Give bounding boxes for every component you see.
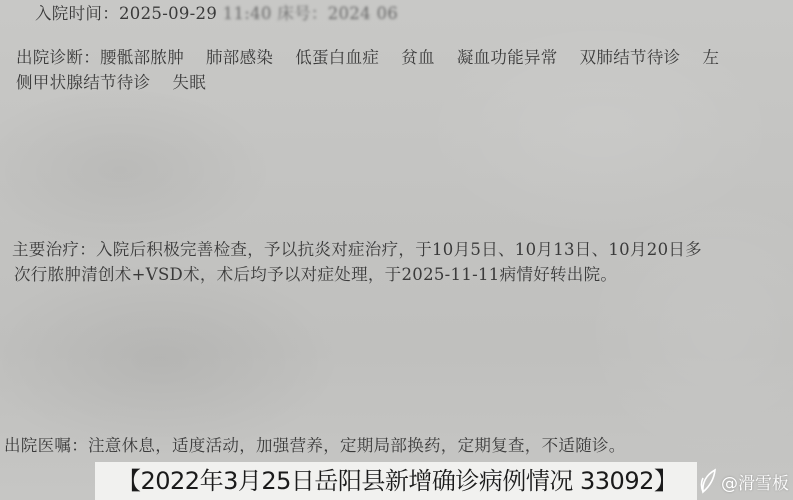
admission-time-redacted: 11:40 <box>223 4 272 23</box>
diagnosis-item-wrap-start: 左 <box>702 48 719 67</box>
caption-text: 【2022年3月25日岳阳县新增确诊病例情况 33092】 <box>117 467 677 495</box>
admission-line: 入院时间：2025-09-29 11:40 床号：2024 06 <box>35 0 398 24</box>
record-value-redacted: 2024 06 <box>328 4 398 23</box>
treatment-line-2: 次行脓肿清创术+VSD术，术后均予以对症处理，于2025-11-11病情好转出院… <box>14 261 617 285</box>
diagnosis-item: 失眠 <box>172 73 206 92</box>
diagnosis-item-wrap-end: 侧甲状腺结节待诊 <box>16 73 150 92</box>
diagnosis-item: 贫血 <box>401 48 435 67</box>
diagnosis-item: 双肺结节待诊 <box>580 48 681 67</box>
diagnosis-item: 肺部感染 <box>206 48 273 67</box>
diagnosis-label: 出院诊断： <box>16 48 100 67</box>
diagnosis-line-1: 出院诊断：腰骶部脓肿肺部感染低蛋白血症贫血凝血功能异常双肺结节待诊左 <box>16 44 719 68</box>
diagnosis-line-2: 侧甲状腺结节待诊失眠 <box>16 69 206 93</box>
admission-label: 入院时间： <box>35 4 119 23</box>
discharge-advice-label: 出院医嘱： <box>4 436 88 455</box>
treatment-line-1: 主要治疗：入院后积极完善检查，予以抗炎对症治疗，于10月5日、10月13日、10… <box>12 236 702 260</box>
admission-date: 2025-09-29 <box>119 4 217 23</box>
watermark: @滑雪板 <box>700 466 789 496</box>
treatment-text: 次行脓肿清创术+VSD术，术后均予以对症处理，于2025-11-11病情好转出院… <box>14 265 617 284</box>
record-label-redacted: 床号： <box>277 0 327 24</box>
caption-banner: 【2022年3月25日岳阳县新增确诊病例情况 33092】 <box>95 462 697 500</box>
leaf-logo-icon <box>700 468 718 494</box>
discharge-advice-line: 出院医嘱：注意休息，适度活动，加强营养，定期局部换药，定期复查，不适随诊。 <box>4 432 626 456</box>
treatment-text: 入院后积极完善检查，予以抗炎对症治疗，于10月5日、10月13日、10月20日多 <box>96 240 702 259</box>
diagnosis-item: 腰骶部脓肿 <box>100 48 184 67</box>
watermark-text: @滑雪板 <box>721 469 789 494</box>
treatment-label: 主要治疗： <box>12 240 96 259</box>
discharge-advice-text: 注意休息，适度活动，加强营养，定期局部换药，定期复查，不适随诊。 <box>88 436 626 455</box>
diagnosis-item: 凝血功能异常 <box>457 48 558 67</box>
diagnosis-item: 低蛋白血症 <box>295 48 379 67</box>
